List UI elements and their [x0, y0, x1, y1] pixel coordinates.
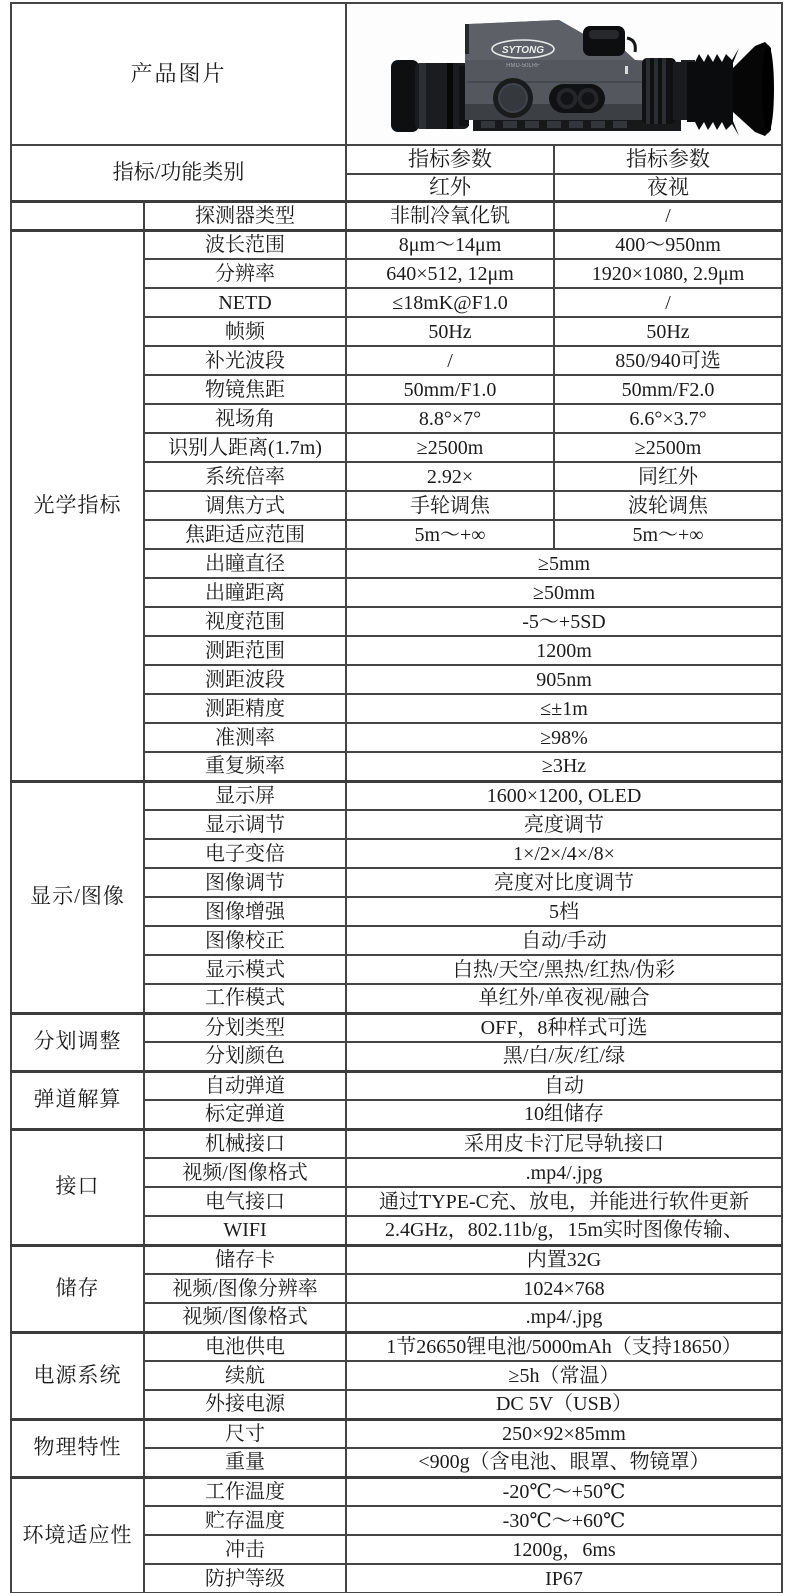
spec-name: 探测器类型 — [144, 201, 346, 230]
spec-value: 5档 — [346, 897, 782, 926]
spec-value: 1024×768 — [346, 1274, 782, 1303]
group-label: 储存 — [11, 1245, 144, 1332]
eyecup — [687, 42, 774, 136]
spec-name: 视度范围 — [144, 607, 346, 636]
spec-name: 分划类型 — [144, 1013, 346, 1042]
group-label: 光学指标 — [11, 230, 144, 781]
spec-value: ≥5mm — [346, 549, 782, 578]
spec-value: 采用皮卡汀尼导轨接口 — [346, 1129, 782, 1158]
spec-value-nv: 5m～+∞ — [554, 520, 782, 549]
spec-name: 出瞳直径 — [144, 549, 346, 578]
spec-value: IP67 — [346, 1564, 782, 1593]
spec-value: 905nm — [346, 665, 782, 694]
spec-value: 自动/手动 — [346, 926, 782, 955]
spec-name: 焦距适应范围 — [144, 520, 346, 549]
spec-value: .mp4/.jpg — [346, 1158, 782, 1187]
spec-value: 1×/2×/4×/8× — [346, 839, 782, 868]
spec-row: 弹道解算自动弹道自动 — [11, 1071, 782, 1100]
spec-value-ir: 50Hz — [346, 317, 554, 346]
group-label — [11, 201, 144, 230]
spec-name: 工作温度 — [144, 1477, 346, 1506]
spec-value-nv: / — [554, 201, 782, 230]
spec-name: 外接电源 — [144, 1390, 346, 1419]
spec-name: 调焦方式 — [144, 491, 346, 520]
spec-name: 视频/图像格式 — [144, 1303, 346, 1332]
spec-row: 接口机械接口采用皮卡汀尼导轨接口 — [11, 1129, 782, 1158]
spec-value: 2.4GHz，802.11b/g，15m实时图像传输、 — [346, 1216, 782, 1245]
control-button — [493, 78, 533, 118]
spec-name: 识别人距离(1.7m) — [144, 433, 346, 462]
spec-row: 物理特性尺寸250×92×85mm — [11, 1419, 782, 1448]
spec-name: NETD — [144, 288, 346, 317]
spec-name: 准测率 — [144, 723, 346, 752]
spec-value: 1600×1200, OLED — [346, 781, 782, 810]
spec-value-ir: 50mm/F1.0 — [346, 375, 554, 404]
product-model-text: HMD-50LRF — [506, 63, 540, 69]
spec-value-ir: 手轮调焦 — [346, 491, 554, 520]
spec-value-nv: 同红外 — [554, 462, 782, 491]
spec-name: 重量 — [144, 1448, 346, 1477]
spec-name: 电气接口 — [144, 1187, 346, 1216]
spec-name: 显示模式 — [144, 955, 346, 984]
spec-name: 机械接口 — [144, 1129, 346, 1158]
category-header: 指标/功能类别 — [11, 145, 346, 201]
spec-value-ir: 非制冷氧化钒 — [346, 201, 554, 230]
spec-name: 显示调节 — [144, 810, 346, 839]
param-header-ir: 指标参数 — [346, 145, 554, 174]
spec-value-nv: 1920×1080, 2.9μm — [554, 259, 782, 288]
spec-value: 1200g，6ms — [346, 1535, 782, 1564]
spec-name: 图像增强 — [144, 897, 346, 926]
spec-name: 补光波段 — [144, 346, 346, 375]
spec-value: 黑/白/灰/红/绿 — [346, 1042, 782, 1071]
product-photo: SYTONG HMD-50LRF — [347, 4, 782, 144]
spec-value: -30℃～+60℃ — [346, 1506, 782, 1535]
spec-value-nv: ≥2500m — [554, 433, 782, 462]
spec-value-ir: 8.8°×7° — [346, 404, 554, 433]
spec-name: 分辨率 — [144, 259, 346, 288]
spec-value-nv: 850/940可选 — [554, 346, 782, 375]
spec-value-nv: 波轮调焦 — [554, 491, 782, 520]
spec-value-ir: 2.92× — [346, 462, 554, 491]
spec-row: 探测器类型非制冷氧化钒/ — [11, 201, 782, 230]
spec-name: 图像校正 — [144, 926, 346, 955]
spec-value-nv: 50Hz — [554, 317, 782, 346]
spec-value: ≥98% — [346, 723, 782, 752]
spec-name: 波长范围 — [144, 230, 346, 259]
spec-name: 帧频 — [144, 317, 346, 346]
product-image-label: 产品图片 — [11, 3, 346, 145]
spec-value: -20℃～+50℃ — [346, 1477, 782, 1506]
spec-value: 1节26650锂电池/5000mAh（支持18650） — [346, 1332, 782, 1361]
spec-name: 工作模式 — [144, 984, 346, 1013]
group-label: 电源系统 — [11, 1332, 144, 1419]
spec-value: 亮度调节 — [346, 810, 782, 839]
spec-name: 视频/图像格式 — [144, 1158, 346, 1187]
scope-objective-lens — [391, 60, 469, 132]
spec-value-nv: 400～950nm — [554, 230, 782, 259]
param-header-nv: 指标参数 — [554, 145, 782, 174]
spec-value-ir: ≤18mK@F1.0 — [346, 288, 554, 317]
spec-value: 白热/天空/黑热/红热/伪彩 — [346, 955, 782, 984]
spec-value-nv: 6.6°×3.7° — [554, 404, 782, 433]
spec-name: 测距范围 — [144, 636, 346, 665]
spec-value-nv: 50mm/F2.0 — [554, 375, 782, 404]
spec-value: ≤±1m — [346, 694, 782, 723]
spec-value: 单红外/单夜视/融合 — [346, 984, 782, 1013]
spec-value: .mp4/.jpg — [346, 1303, 782, 1332]
spec-value: 通过TYPE-C充、放电，并能进行软件更新 — [346, 1187, 782, 1216]
spec-row: 分划调整分划类型OFF，8种样式可选 — [11, 1013, 782, 1042]
spec-sheet: 产品图片 — [0, 0, 790, 1593]
group-label: 接口 — [11, 1129, 144, 1245]
product-logo-text: SYTONG — [502, 45, 544, 56]
spec-name: 显示屏 — [144, 781, 346, 810]
spec-value: <900g（含电池、眼罩、物镜罩） — [346, 1448, 782, 1477]
spec-value: 1200m — [346, 636, 782, 665]
spec-name: 尺寸 — [144, 1419, 346, 1448]
subheader-ir: 红外 — [346, 174, 554, 201]
group-label: 物理特性 — [11, 1419, 144, 1477]
spec-name: 防护等级 — [144, 1564, 346, 1593]
spec-value: DC 5V（USB） — [346, 1390, 782, 1419]
spec-name: 视频/图像分辨率 — [144, 1274, 346, 1303]
spec-name: 测距精度 — [144, 694, 346, 723]
spec-row: 环境适应性工作温度-20℃～+50℃ — [11, 1477, 782, 1506]
spec-value-ir: 5m～+∞ — [346, 520, 554, 549]
subheader-nv: 夜视 — [554, 174, 782, 201]
spec-value-ir: 640×512, 12μm — [346, 259, 554, 288]
spec-value-ir: ≥2500m — [346, 433, 554, 462]
spec-value-ir: / — [346, 346, 554, 375]
spec-name: 储存卡 — [144, 1245, 346, 1274]
spec-name: 视场角 — [144, 404, 346, 433]
spec-value: ≥5h（常温） — [346, 1361, 782, 1390]
spec-name: 图像调节 — [144, 868, 346, 897]
spec-name: 自动弹道 — [144, 1071, 346, 1100]
spec-name: 贮存温度 — [144, 1506, 346, 1535]
spec-value: 10组储存 — [346, 1100, 782, 1129]
spec-name: 物镜焦距 — [144, 375, 346, 404]
spec-name: WIFI — [144, 1216, 346, 1245]
spec-row: 储存储存卡内置32G — [11, 1245, 782, 1274]
spec-name: 电池供电 — [144, 1332, 346, 1361]
group-label: 弹道解算 — [11, 1071, 144, 1129]
spec-name: 系统倍率 — [144, 462, 346, 491]
spec-row: 电源系统电池供电1节26650锂电池/5000mAh（支持18650） — [11, 1332, 782, 1361]
spec-value: 自动 — [346, 1071, 782, 1100]
focus-knob — [583, 26, 635, 56]
spec-table-body: 产品图片 — [11, 3, 782, 1593]
spec-row: 光学指标波长范围8μm～14μm400～950nm — [11, 230, 782, 259]
spec-name: 标定弹道 — [144, 1100, 346, 1129]
group-label: 分划调整 — [11, 1013, 144, 1071]
product-image-cell: SYTONG HMD-50LRF — [346, 3, 782, 145]
spec-value-ir: 8μm～14μm — [346, 230, 554, 259]
spec-value: ≥50mm — [346, 578, 782, 607]
spec-row: 显示/图像显示屏1600×1200, OLED — [11, 781, 782, 810]
spec-name: 冲击 — [144, 1535, 346, 1564]
spec-table: 产品图片 — [10, 2, 783, 1593]
spec-value: ≥3Hz — [346, 752, 782, 781]
rangefinder-lenses — [549, 84, 605, 113]
spec-value-nv: / — [554, 288, 782, 317]
spec-value: 250×92×85mm — [346, 1419, 782, 1448]
spec-name: 测距波段 — [144, 665, 346, 694]
spec-name: 分划颜色 — [144, 1042, 346, 1071]
spec-value: 亮度对比度调节 — [346, 868, 782, 897]
spec-name: 电子变倍 — [144, 839, 346, 868]
spec-name: 续航 — [144, 1361, 346, 1390]
spec-value: 内置32G — [346, 1245, 782, 1274]
group-label: 环境适应性 — [11, 1477, 144, 1593]
spec-name: 出瞳距离 — [144, 578, 346, 607]
spec-value: -5～+5SD — [346, 607, 782, 636]
spec-name: 重复频率 — [144, 752, 346, 781]
spec-value: OFF，8种样式可选 — [346, 1013, 782, 1042]
group-label: 显示/图像 — [11, 781, 144, 1013]
